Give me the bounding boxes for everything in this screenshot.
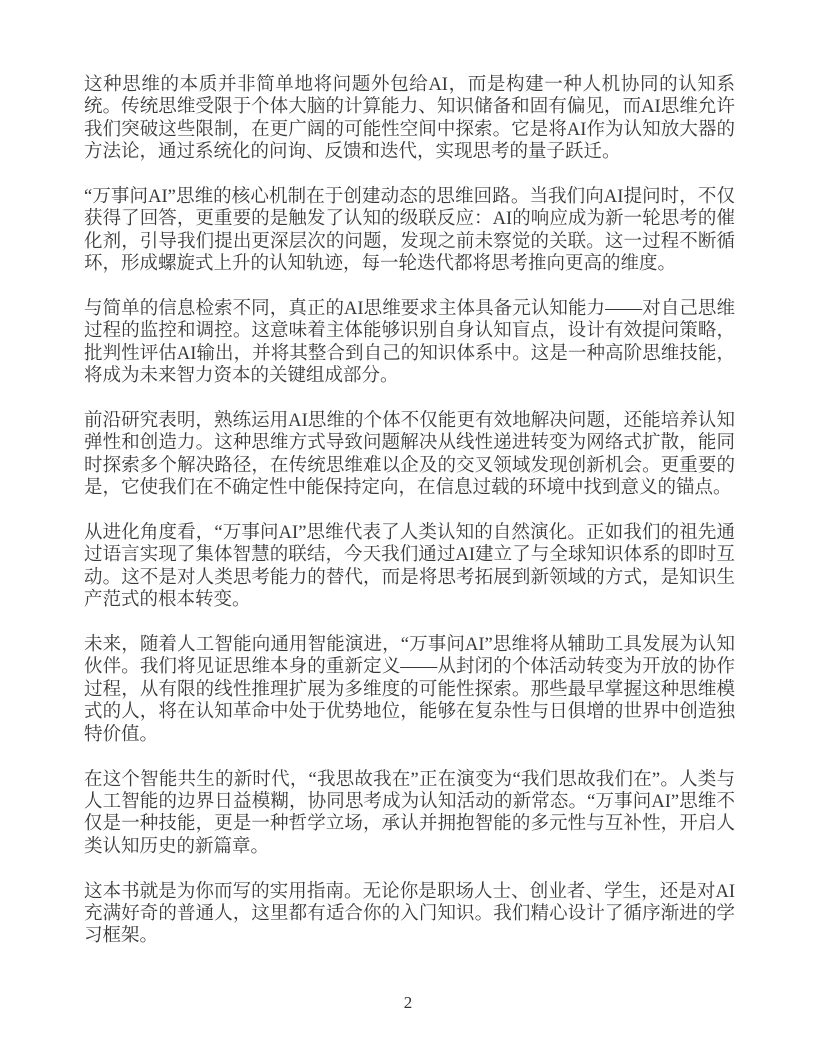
- page-body-text: 这种思维的本质并非简单地将问题外包给AI，而是构建一种人机协同的认知系统。传统思…: [84, 74, 735, 970]
- paragraph-4: 前沿研究表明，熟练运用AI思维的个体不仅能更有效地解决问题，还能培养认知弹性和创…: [84, 410, 735, 500]
- paragraph-6: 未来，随着人工智能向通用智能演进，“万事问AI”思维将从辅助工具发展为认知伙伴。…: [84, 634, 735, 746]
- paragraph-3: 与简单的信息检索不同，真正的AI思维要求主体具备元认知能力——对自己思维过程的监…: [84, 298, 735, 388]
- paragraph-2: “万事问AI”思维的核心机制在于创建动态的思维回路。当我们向AI提问时，不仅获得…: [84, 186, 735, 276]
- paragraph-8: 这本书就是为你而写的实用指南。无论你是职场人士、创业者、学生，还是对AI充满好奇…: [84, 881, 735, 948]
- paragraph-1: 这种思维的本质并非简单地将问题外包给AI，而是构建一种人机协同的认知系统。传统思…: [84, 74, 735, 164]
- document-page: 这种思维的本质并非简单地将问题外包给AI，而是构建一种人机协同的认知系统。传统思…: [0, 0, 816, 1056]
- paragraph-7: 在这个智能共生的新时代，“我思故我在”正在演变为“我们思故我们在”。人类与人工智…: [84, 769, 735, 859]
- paragraph-5: 从进化角度看，“万事问AI”思维代表了人类认知的自然演化。正如我们的祖先通过语言…: [84, 522, 735, 612]
- page-footer: 2: [0, 992, 816, 1014]
- page-number: 2: [404, 993, 413, 1012]
